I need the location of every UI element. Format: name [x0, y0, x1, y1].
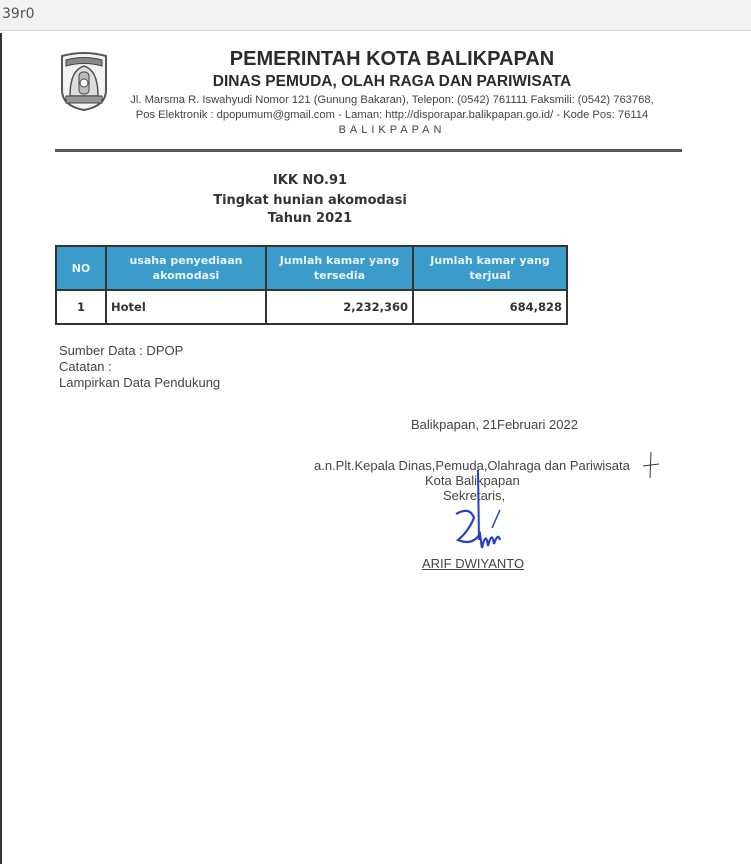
- city-coat-of-arms-icon: [56, 50, 112, 112]
- place-date: Balikpapan, 21Februari 2022: [411, 417, 578, 432]
- document-tab-name[interactable]: 39r0: [2, 6, 34, 22]
- cell-tersedia: 2,232,360: [266, 290, 413, 324]
- occupancy-table: NO usaha penyediaan akomodasi Jumlah kam…: [55, 245, 568, 325]
- cell-terjual: 684,828: [413, 290, 567, 324]
- document-page: [0, 31, 751, 864]
- cell-usaha: Hotel: [106, 290, 266, 324]
- letterhead-city: BALIKPAPAN: [112, 124, 672, 136]
- remark-label: Catatan :: [59, 359, 112, 374]
- report-code: IKK NO.91: [150, 173, 470, 188]
- column-header-terjual: Jumlah kamar yang terjual: [413, 246, 567, 290]
- cell-no: 1: [56, 290, 106, 324]
- table-row: 1 Hotel 2,232,360 684,828: [56, 290, 567, 324]
- data-source-note: Sumber Data : DPOP: [59, 343, 183, 358]
- table-header-row: NO usaha penyediaan akomodasi Jumlah kam…: [56, 246, 567, 290]
- signatory-name: ARIF DWIYANTO: [422, 556, 524, 571]
- letterhead-subtitle: DINAS PEMUDA, OLAH RAGA DAN PARIWISATA: [112, 73, 672, 91]
- letterhead-address-line2: Pos Elektronik : dpopumum@gmail.com - La…: [112, 109, 672, 121]
- letterhead-title: PEMERINTAH KOTA BALIKPAPAN: [112, 48, 672, 71]
- column-header-usaha: usaha penyediaan akomodasi: [106, 246, 266, 290]
- column-header-tersedia: Jumlah kamar yang tersedia: [266, 246, 413, 290]
- column-header-no: NO: [56, 246, 106, 290]
- viewer-tab-bar: 39r0: [0, 0, 751, 31]
- paraf-mark-icon: [640, 450, 662, 480]
- letterhead-divider: [55, 149, 682, 152]
- page-edge: [0, 33, 2, 864]
- letterhead-address-line1: Jl. Marsma R. Iswahyudi Nomor 121 (Gunun…: [112, 94, 672, 106]
- attachment-note: Lampirkan Data Pendukung: [59, 375, 220, 390]
- report-year: Tahun 2021: [150, 211, 470, 226]
- report-title: Tingkat hunian akomodasi: [150, 193, 470, 208]
